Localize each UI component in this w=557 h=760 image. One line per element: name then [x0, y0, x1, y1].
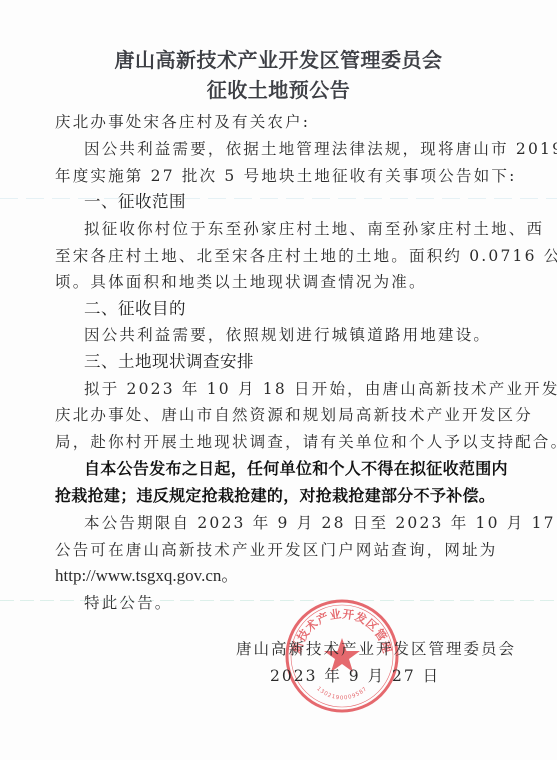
- purpose-line-1: 因公共利益需要，依照规划进行城镇道路用地建设。: [84, 325, 529, 345]
- scan-artifact-line: [0, 600, 557, 601]
- section-heading-scope: 一、征收范围: [84, 192, 529, 212]
- signature-date: 2023 年 9 月 27 日: [270, 664, 440, 686]
- signature-org: 唐山高新技术产业开发区管理委员会: [236, 637, 516, 659]
- addressee: 庆北办事处宋各庄村及有关农户:: [55, 112, 500, 132]
- intro-line-1: 因公共利益需要，依据土地管理法律法规，现将唐山市 2019: [84, 139, 529, 159]
- scope-line-3: 顷。具体面积和地类以土地现状调查情况为准。: [55, 272, 500, 292]
- section-heading-purpose: 二、征收目的: [84, 299, 529, 319]
- period-line-1: 本公告期限自 2023 年 9 月 28 日至 2023 年 10 月 17 日…: [84, 513, 529, 533]
- svg-text:1302190009587: 1302190009587: [315, 686, 368, 701]
- survey-line-2: 庆北办事处、唐山市自然资源和规划局高新技术产业开发区分: [55, 405, 500, 425]
- scope-line-1: 拟征收你村位于东至孙家庄村土地、南至孙家庄村土地、西: [84, 219, 529, 239]
- survey-line-1: 拟于 2023 年 10 月 18 日开始，由唐山高新技术产业开发区: [84, 379, 529, 399]
- document-page: 唐山高新技术产业开发区管理委员会 征收土地预公告 庆北办事处宋各庄村及有关农户:…: [0, 0, 557, 760]
- scope-line-2: 至宋各庄村土地、北至宋各庄村土地的土地。面积约 0.0716 公: [55, 246, 500, 266]
- website-url: http://www.tsgxq.gov.cn。: [55, 566, 500, 586]
- document-title-org: 唐山高新技术产业开发区管理委员会: [0, 44, 557, 73]
- period-line-2: 公告可在唐山高新技术产业开发区门户网站查询，网址为: [55, 540, 500, 560]
- section-heading-survey: 三、土地现状调查安排: [84, 352, 529, 372]
- warning-line-2: 抢栽抢建；违反规定抢栽抢建的，对抢栽抢建部分不予补偿。: [55, 486, 500, 506]
- document-title: 征收土地预公告: [0, 74, 557, 103]
- survey-line-3: 局，赴你村开展土地现状调查，请有关单位和个人予以支持配合。: [55, 432, 500, 452]
- warning-line-1: 自本公告发布之日起，任何单位和个人不得在拟征收范围内: [84, 459, 529, 479]
- intro-line-2: 年度实施第 27 批次 5 号地块土地征收有关事项公告如下:: [55, 166, 500, 186]
